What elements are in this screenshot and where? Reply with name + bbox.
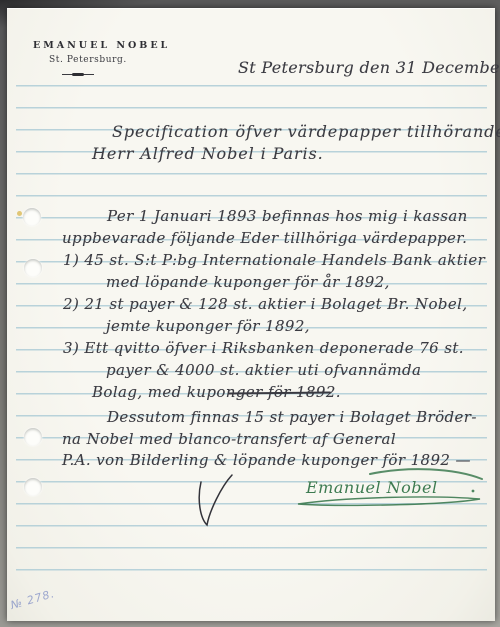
pen-check-mark-icon — [194, 473, 236, 529]
signature-block: Emanuel Nobel — [296, 466, 488, 512]
list-item-3-line-1: 3) Ett qvitto öfver i Riksbanken deponer… — [63, 339, 464, 357]
intro-line-2: uppbevarade följande Eder tillhöriga vär… — [62, 229, 467, 247]
punch-hole — [24, 259, 42, 277]
ornament-center — [72, 73, 84, 76]
signature: Emanuel Nobel — [306, 478, 438, 497]
list-item-3-line-2: payer & 4000 st. aktier uti ofvannämda — [106, 361, 421, 379]
list-item-1-line-1: 1) 45 st. S:t P:bg Internationale Handel… — [63, 251, 485, 269]
intro-line-1: Per 1 Januari 1893 befinnas hos mig i ka… — [107, 207, 468, 225]
closing-line-2: na Nobel med blanco-transfert af General — [62, 430, 396, 448]
punch-hole — [24, 478, 42, 496]
list-item-2-line-1: 2) 21 st payer & 128 st. aktier i Bolage… — [63, 295, 468, 313]
document-paper — [7, 8, 495, 621]
letterhead-ornament-icon — [62, 72, 94, 77]
heading-line-2: Herr Alfred Nobel i Paris. — [92, 144, 324, 163]
photo-background: { "letterhead": { "name": "EMANUEL NOBEL… — [0, 0, 500, 627]
list-item-1-line-2: med löpande kuponger för år 1892, — [106, 273, 390, 291]
punch-hole — [23, 208, 41, 226]
dateline: St Petersburg den 31 December 1892 — [238, 58, 500, 77]
punch-hole — [24, 428, 42, 446]
closing-line-1: Dessutom finnas 15 st payer i Bolaget Br… — [107, 408, 477, 426]
letterhead-city: St. Petersburg. — [49, 55, 127, 65]
list-item-2-line-2: jemte kuponger för 1892, — [106, 317, 310, 335]
heading-line-1: Specification öfver värdepapper tillhöra… — [112, 122, 500, 141]
paper-speck — [17, 211, 22, 216]
letterhead-name: EMANUEL NOBEL — [33, 40, 170, 51]
